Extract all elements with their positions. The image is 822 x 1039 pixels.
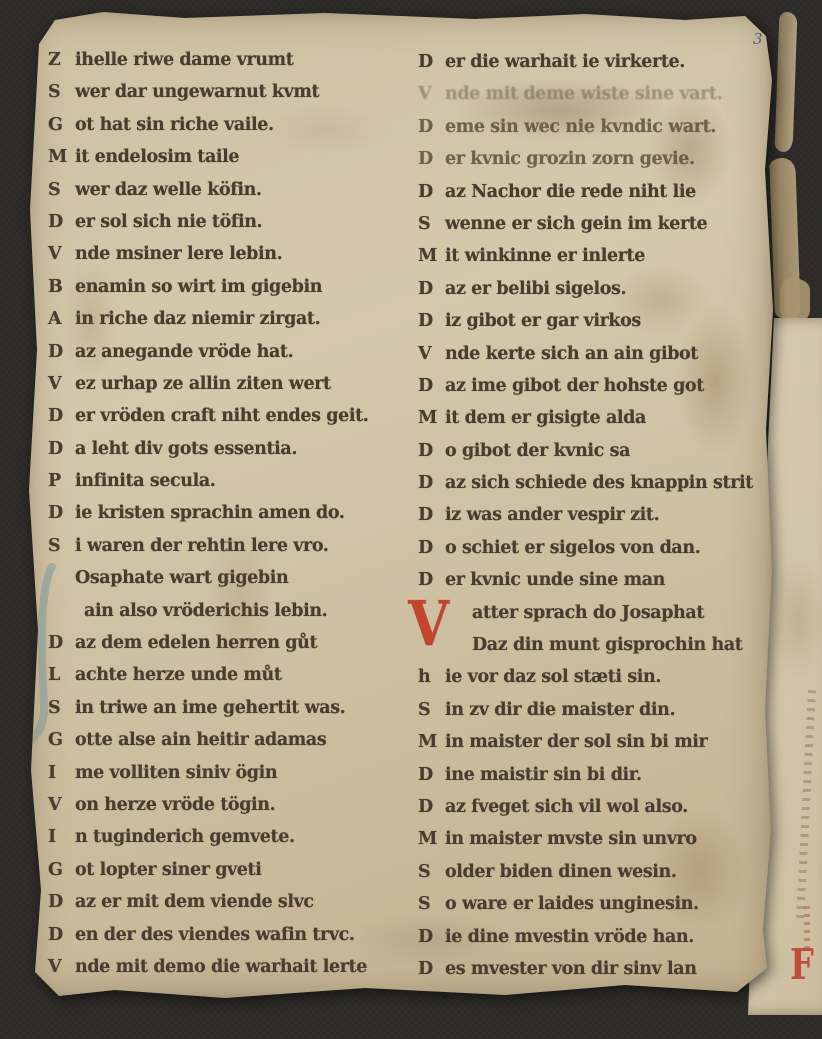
verse-initial: D bbox=[418, 46, 445, 78]
red-initial-v: V bbox=[408, 594, 449, 654]
verse-line: Daz sich schiede des knappin strit bbox=[418, 467, 778, 499]
verse-initial: D bbox=[48, 433, 75, 465]
verse-text: er die warhait ie virkerte. bbox=[445, 52, 685, 72]
verse-initial: B bbox=[48, 271, 75, 303]
verse-line: Daz dem edelen herren gůt bbox=[48, 627, 408, 659]
verse-text: ihelle riwe dame vrumt bbox=[75, 50, 293, 70]
verse-text: nde mit deme wiste sine vart. bbox=[445, 84, 722, 104]
verse-initial: Z bbox=[48, 44, 75, 76]
verse-line: Si waren der rehtin lere vro. bbox=[48, 530, 408, 562]
verse-line: Diz gibot er gar virkos bbox=[418, 305, 778, 337]
verse-text: achte herze unde můt bbox=[75, 665, 282, 685]
verse-initial: M bbox=[418, 402, 445, 434]
verse-text: Daz din munt gisprochin hat bbox=[472, 635, 742, 655]
verse-line: Sin triwe an ime gehertit was. bbox=[48, 692, 408, 724]
verse-line: So ware er laides unginesin. bbox=[418, 888, 778, 920]
verse-line: Der vröden craft niht endes geit. bbox=[48, 400, 408, 432]
verse-text: ot hat sin riche vaile. bbox=[75, 115, 274, 135]
verse-text: es mvester von dir sinv lan bbox=[445, 959, 697, 979]
verse-line: Ain riche daz niemir zirgat. bbox=[48, 303, 408, 335]
verse-text: Osaphate wart gigebin bbox=[75, 568, 288, 588]
verse-initial: G bbox=[48, 854, 75, 886]
verse-line: Den der des viendes wafin trvc. bbox=[48, 919, 408, 951]
verse-line: Daz er belibi sigelos. bbox=[418, 273, 778, 305]
verse-text: az sich schiede des knappin strit bbox=[445, 473, 753, 493]
verse-line: Mit dem er gisigte alda bbox=[418, 402, 778, 434]
verse-line: Mit endelosim taile bbox=[48, 141, 408, 173]
verse-line: Daz ime gibot der hohste got bbox=[418, 370, 778, 402]
verse-line: Da leht div gots essentia. bbox=[48, 433, 408, 465]
verse-text: older biden dinen wesin. bbox=[445, 862, 677, 882]
verse-text: iz gibot er gar virkos bbox=[445, 311, 641, 331]
verse-text: in zv dir die maister din. bbox=[445, 700, 675, 720]
verse-initial: M bbox=[418, 240, 445, 272]
verse-initial: M bbox=[48, 141, 75, 173]
verse-initial: S bbox=[48, 174, 75, 206]
verse-text: ine maistir sin bi dir. bbox=[445, 765, 642, 785]
verse-initial: A bbox=[48, 303, 75, 335]
verse-text: wer dar ungewarnut kvmt bbox=[75, 82, 319, 102]
verse-line: Deme sin wec nie kvndic wart. bbox=[418, 111, 778, 143]
manuscript-photo: F 3 Zihelle riwe dame vrumtSwer dar unge… bbox=[0, 0, 822, 1039]
verse-initial: D bbox=[48, 886, 75, 918]
verse-text: o ware er laides unginesin. bbox=[445, 894, 699, 914]
binding-remnant bbox=[780, 278, 810, 324]
verse-initial: D bbox=[418, 143, 445, 175]
verse-line: Sin zv dir die maister din. bbox=[418, 694, 778, 726]
verse-line: Vez urhap ze allin ziten wert bbox=[48, 368, 408, 400]
verse-initial: V bbox=[48, 238, 75, 270]
verse-line: Daz fveget sich vil wol also. bbox=[418, 791, 778, 823]
verse-text: i waren der rehtin lere vro. bbox=[75, 536, 329, 556]
verse-initial: S bbox=[418, 888, 445, 920]
verse-text: ie vor daz sol stæti sin. bbox=[445, 667, 661, 687]
verse-initial: D bbox=[48, 497, 75, 529]
verse-text: ot lopter siner gveti bbox=[75, 860, 261, 880]
verse-line: Der kvnic unde sine man bbox=[418, 564, 778, 596]
verse-text: nde kerte sich an ain gibot bbox=[445, 344, 698, 364]
verse-line: Daz er mit dem viende slvc bbox=[48, 886, 408, 918]
verse-initial: S bbox=[418, 694, 445, 726]
verse-initial: P bbox=[48, 465, 75, 497]
verse-initial: D bbox=[48, 206, 75, 238]
verse-line: Daz din munt gisprochin hat bbox=[418, 629, 778, 661]
verse-line: Gotte alse ain heitir adamas bbox=[48, 724, 408, 756]
verse-text: az Nachor die rede niht lie bbox=[445, 182, 696, 202]
verse-line: Ime volliten siniv ögin bbox=[48, 757, 408, 789]
verse-line: Lachte herze unde můt bbox=[48, 659, 408, 691]
verse-line: Vnde kerte sich an ain gibot bbox=[418, 338, 778, 370]
verse-line: Mit winkinne er inlerte bbox=[418, 240, 778, 272]
verse-initial: D bbox=[48, 400, 75, 432]
verse-initial: D bbox=[418, 467, 445, 499]
verse-text: atter sprach do Josaphat bbox=[472, 603, 704, 623]
column-left: Zihelle riwe dame vrumtSwer dar ungewarn… bbox=[48, 44, 408, 983]
verse-text: eme sin wec nie kvndic wart. bbox=[445, 117, 716, 137]
verse-initial: S bbox=[48, 76, 75, 108]
verse-initial: D bbox=[418, 370, 445, 402]
verse-line: Des mvester von dir sinv lan bbox=[418, 953, 778, 985]
verse-text: n tuginderich gemvete. bbox=[75, 827, 295, 847]
verse-initial: D bbox=[418, 759, 445, 791]
verse-text: it endelosim taile bbox=[75, 147, 239, 167]
verse-text: in riche daz niemir zirgat. bbox=[75, 309, 320, 329]
verse-text: ie kristen sprachin amen do. bbox=[75, 503, 345, 523]
verse-text: in maister mvste sin unvro bbox=[445, 829, 697, 849]
verse-line: Min maister der sol sin bi mir bbox=[418, 726, 778, 758]
verse-text: en der des viendes wafin trvc. bbox=[75, 925, 355, 945]
verse-initial: G bbox=[48, 724, 75, 756]
verse-text: enamin so wirt im gigebin bbox=[75, 277, 322, 297]
column-right: V Der die warhait ie virkerte.Vnde mit d… bbox=[418, 46, 778, 985]
verse-line: Benamin so wirt im gigebin bbox=[48, 271, 408, 303]
verse-initial: D bbox=[48, 919, 75, 951]
verse-initial: D bbox=[418, 953, 445, 985]
verse-initial: V bbox=[48, 368, 75, 400]
verse-text: ez urhap ze allin ziten wert bbox=[75, 374, 331, 394]
verse-text: ie dine mvestin vröde han. bbox=[445, 927, 694, 947]
verse-initial: I bbox=[48, 821, 75, 853]
verse-line: hie vor daz sol stæti sin. bbox=[418, 661, 778, 693]
verse-text: az er belibi sigelos. bbox=[445, 279, 626, 299]
verse-text: az dem edelen herren gůt bbox=[75, 633, 317, 653]
verse-text: nde msiner lere lebin. bbox=[75, 244, 282, 264]
verse-line: Der die warhait ie virkerte. bbox=[418, 46, 778, 78]
verse-line: Do gibot der kvnic sa bbox=[418, 435, 778, 467]
verse-text: it dem er gisigte alda bbox=[445, 408, 646, 428]
verse-line: Dine maistir sin bi dir. bbox=[418, 759, 778, 791]
verse-initial: D bbox=[418, 176, 445, 208]
verse-text: wenne er sich gein im kerte bbox=[445, 214, 707, 234]
verse-text: otte alse ain heitir adamas bbox=[75, 730, 326, 750]
verse-initial: h bbox=[418, 661, 445, 693]
verse-line: Der sol sich nie töfin. bbox=[48, 206, 408, 238]
verse-initial: D bbox=[418, 273, 445, 305]
verse-text: me volliten siniv ögin bbox=[75, 763, 277, 783]
verse-line: Swer daz welle köfin. bbox=[48, 174, 408, 206]
verse-line: Die kristen sprachin amen do. bbox=[48, 497, 408, 529]
next-page-red-initial: F bbox=[790, 940, 814, 989]
next-page-marginalia-marks bbox=[796, 690, 816, 920]
verse-initial: V bbox=[48, 951, 75, 983]
verse-initial: M bbox=[418, 823, 445, 855]
verse-text: az ime gibot der hohste got bbox=[445, 376, 704, 396]
verse-initial: D bbox=[418, 111, 445, 143]
verse-text: er kvnic grozin zorn gevie. bbox=[445, 149, 695, 169]
verse-initial: S bbox=[48, 530, 75, 562]
verse-line: Daz anegande vröde hat. bbox=[48, 336, 408, 368]
verse-initial: D bbox=[418, 532, 445, 564]
verse-line: Vnde mit demo die warhait lerte bbox=[48, 951, 408, 983]
verse-text: az fveget sich vil wol also. bbox=[445, 797, 688, 817]
verse-text: o gibot der kvnic sa bbox=[445, 441, 630, 461]
manuscript-page: 3 Zihelle riwe dame vrumtSwer dar ungewa… bbox=[25, 10, 773, 1000]
verse-text: a leht div gots essentia. bbox=[75, 439, 297, 459]
verse-initial: M bbox=[418, 726, 445, 758]
verse-text: infinita secula. bbox=[75, 471, 215, 491]
verse-line: In tuginderich gemvete. bbox=[48, 821, 408, 853]
verse-initial: D bbox=[418, 435, 445, 467]
verse-line: ain also vröderichis lebin. bbox=[48, 595, 408, 627]
verse-initial: L bbox=[48, 659, 75, 691]
binding-remnant bbox=[775, 12, 798, 153]
verse-initial: D bbox=[418, 305, 445, 337]
verse-text: ain also vröderichis lebin. bbox=[84, 601, 327, 621]
verse-initial: S bbox=[48, 692, 75, 724]
verse-initial: D bbox=[48, 336, 75, 368]
verse-line: Osaphate wart gigebin bbox=[48, 562, 408, 594]
verse-text: az er mit dem viende slvc bbox=[75, 892, 314, 912]
verse-line: Die dine mvestin vröde han. bbox=[418, 921, 778, 953]
verse-text: er sol sich nie töfin. bbox=[75, 212, 262, 232]
verse-text: on herze vröde tögin. bbox=[75, 795, 275, 815]
verse-initial: D bbox=[418, 921, 445, 953]
verse-text: iz was ander vespir zit. bbox=[445, 505, 659, 525]
verse-initial: D bbox=[48, 627, 75, 659]
verse-initial: G bbox=[48, 109, 75, 141]
verse-line: Swer dar ungewarnut kvmt bbox=[48, 76, 408, 108]
verse-initial: D bbox=[418, 499, 445, 531]
verse-text: az anegande vröde hat. bbox=[75, 342, 293, 362]
verse-line: Do schiet er sigelos von dan. bbox=[418, 532, 778, 564]
verse-initial: S bbox=[418, 856, 445, 888]
verse-line: Daz Nachor die rede niht lie bbox=[418, 176, 778, 208]
verse-initial: V bbox=[48, 789, 75, 821]
verse-initial: V bbox=[418, 338, 445, 370]
verse-line: Vnde mit deme wiste sine vart. bbox=[418, 78, 778, 110]
verse-text: er vröden craft niht endes geit. bbox=[75, 406, 368, 426]
verse-text: in triwe an ime gehertit was. bbox=[75, 698, 345, 718]
verse-text: it winkinne er inlerte bbox=[445, 246, 645, 266]
verse-line: Der kvnic grozin zorn gevie. bbox=[418, 143, 778, 175]
verse-initial: D bbox=[418, 791, 445, 823]
verse-line: Vnde msiner lere lebin. bbox=[48, 238, 408, 270]
verse-text: nde mit demo die warhait lerte bbox=[75, 957, 367, 977]
verse-line: Min maister mvste sin unvro bbox=[418, 823, 778, 855]
verse-line: Got lopter siner gveti bbox=[48, 854, 408, 886]
verse-text: o schiet er sigelos von dan. bbox=[445, 538, 700, 558]
verse-line: Diz was ander vespir zit. bbox=[418, 499, 778, 531]
verse-initial: I bbox=[48, 757, 75, 789]
verse-line: Von herze vröde tögin. bbox=[48, 789, 408, 821]
manuscript-page-wrap: 3 Zihelle riwe dame vrumtSwer dar ungewa… bbox=[25, 10, 773, 1000]
verse-line: Got hat sin riche vaile. bbox=[48, 109, 408, 141]
verse-initial: S bbox=[418, 208, 445, 240]
verse-text: in maister der sol sin bi mir bbox=[445, 732, 707, 752]
verse-text: er kvnic unde sine man bbox=[445, 570, 665, 590]
verse-text: wer daz welle köfin. bbox=[75, 180, 262, 200]
verse-line: Pinfinita secula. bbox=[48, 465, 408, 497]
verse-line: Swenne er sich gein im kerte bbox=[418, 208, 778, 240]
verse-line: Solder biden dinen wesin. bbox=[418, 856, 778, 888]
verse-line: Zihelle riwe dame vrumt bbox=[48, 44, 408, 76]
verse-initial: V bbox=[418, 78, 445, 110]
verse-line: atter sprach do Josaphat bbox=[418, 597, 778, 629]
